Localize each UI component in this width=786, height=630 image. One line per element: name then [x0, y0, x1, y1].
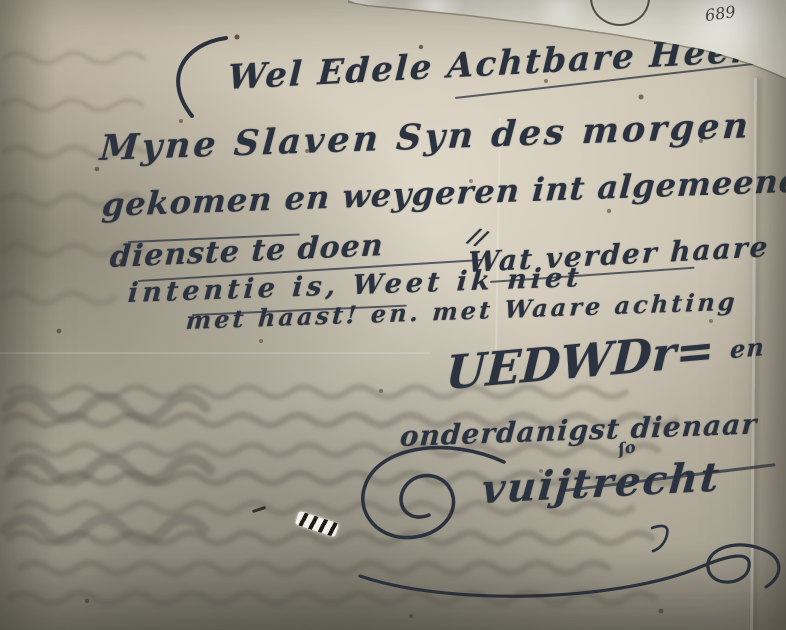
pen-trial-mark: ſo: [616, 437, 637, 459]
ink-circle-mark: [590, 0, 650, 26]
paper-crease: [0, 352, 430, 354]
letter-page: 685 Wel Edele Achtbare Heere Myne Slaven…: [0, 0, 786, 630]
opening-flourish: [150, 28, 236, 123]
page-number-behind: 689: [704, 2, 737, 25]
signature-underline-flourish: [352, 518, 784, 610]
letter-photograph: 689: [0, 0, 786, 630]
monogram-suffix: en: [729, 332, 765, 364]
